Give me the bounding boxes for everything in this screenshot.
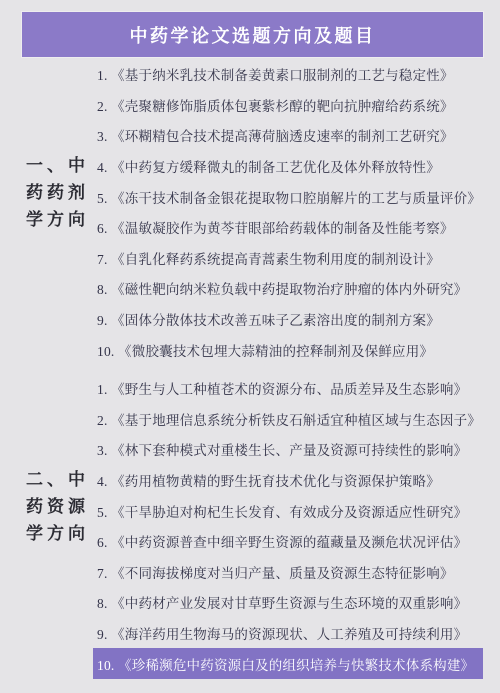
topic-item: 5. 《冻干技术制备金银花提取物口腔崩解片的工艺与质量评价》	[97, 181, 483, 212]
topic-list-content: 一、中 药药剂 学方向 1. 《基于纳米乳技术制备姜黄素口服制剂的工艺与稳定性》…	[22, 59, 483, 679]
section-label-line: 学方向	[26, 206, 94, 233]
topic-item: 6. 《温敏凝胶作为黄芩苷眼部给药载体的制备及性能考察》	[97, 212, 483, 243]
section-label-line: 药资源	[26, 493, 94, 520]
topic-item: 9. 《固体分散体技术改善五味子乙素溶出度的制剂方案》	[97, 304, 483, 335]
section-resources-label: 二、中 药资源 学方向	[26, 466, 94, 547]
topic-item: 6. 《中药资源普查中细辛野生资源的蕴藏量及濒危状况评估》	[97, 526, 483, 557]
topic-item: 8. 《磁性靶向纳米粒负载中药提取物治疗肿瘤的体内外研究》	[97, 273, 483, 304]
section-label-line: 二、中	[26, 466, 94, 493]
topic-item: 3. 《环糊精包合技术提高薄荷脑透皮速率的制剂工艺研究》	[97, 120, 483, 151]
topic-item: 3. 《林下套种模式对重楼生长、产量及资源可持续性的影响》	[97, 434, 483, 465]
topic-item-highlighted: 10. 《珍稀濒危中药资源白及的组织培养与快繁技术体系构建》	[93, 648, 483, 679]
topic-item: 2. 《壳聚糖修饰脂质体包裹紫杉醇的靶向抗肿瘤给药系统》	[97, 90, 483, 121]
topic-item: 4. 《中药复方缓释微丸的制备工艺优化及体外释放特性》	[97, 151, 483, 182]
topic-item: 1. 《野生与人工种植苍术的资源分布、品质差异及生态影响》	[97, 373, 483, 404]
section-resources: 二、中 药资源 学方向 1. 《野生与人工种植苍术的资源分布、品质差异及生态影响…	[22, 373, 483, 679]
topic-item: 7. 《不同海拔梯度对当归产量、质量及资源生态特征影响》	[97, 557, 483, 588]
section-label-line: 学方向	[26, 520, 94, 547]
topic-item: 1. 《基于纳米乳技术制备姜黄素口服制剂的工艺与稳定性》	[97, 59, 483, 90]
section-label-line: 药药剂	[26, 179, 94, 206]
section-label-line: 一、中	[26, 152, 94, 179]
topic-item: 9. 《海洋药用生物海马的资源现状、人工养殖及可持续利用》	[97, 618, 483, 649]
title-banner: 中药学论文选题方向及题目	[22, 12, 483, 57]
topic-item: 5. 《干旱胁迫对枸杞生长发育、有效成分及资源适应性研究》	[97, 495, 483, 526]
topic-item: 7. 《自乳化释药系统提高青蒿素生物利用度的制剂设计》	[97, 243, 483, 274]
section-pharmaceutics-label: 一、中 药药剂 学方向	[26, 152, 94, 233]
page-title: 中药学论文选题方向及题目	[130, 22, 376, 48]
topic-item: 4. 《药用植物黄精的野生抚育技术优化与资源保护策略》	[97, 465, 483, 496]
topic-item: 2. 《基于地理信息系统分析铁皮石斛适宜种植区域与生态因子》	[97, 404, 483, 435]
topic-item: 10. 《微胶囊技术包埋大蒜精油的控释制剂及保鲜应用》	[97, 334, 483, 365]
section-pharmaceutics: 一、中 药药剂 学方向 1. 《基于纳米乳技术制备姜黄素口服制剂的工艺与稳定性》…	[22, 59, 483, 365]
topic-item: 8. 《中药材产业发展对甘草野生资源与生态环境的双重影响》	[97, 587, 483, 618]
